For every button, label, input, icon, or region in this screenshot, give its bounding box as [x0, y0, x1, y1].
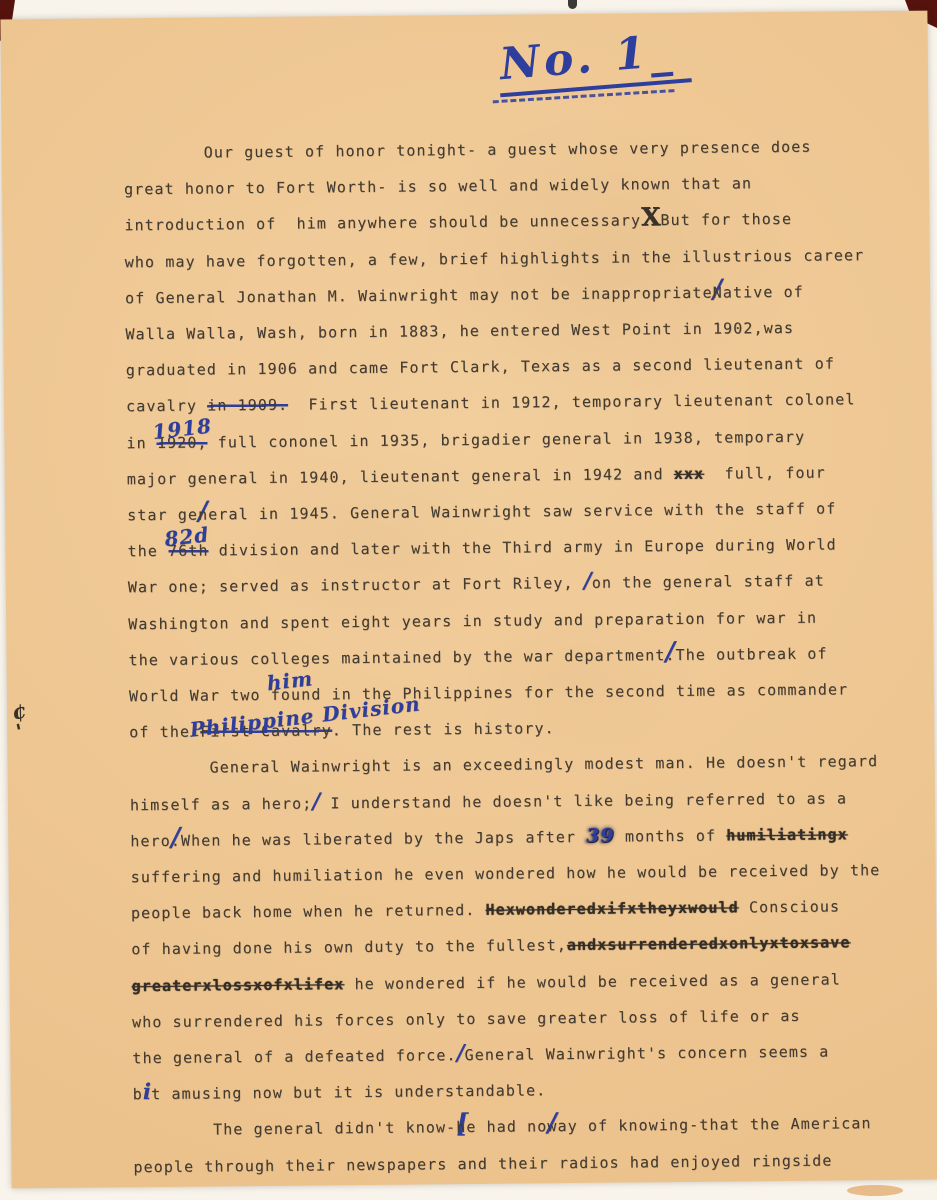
typed-text: .The outbreak of [665, 644, 827, 664]
typed-text: introduction of him anywhere should be u… [124, 212, 641, 235]
segment-text: b [133, 1085, 143, 1103]
segment-text: .When he was liberated by the Japs after [171, 828, 587, 850]
pencil-x-mark: X [641, 212, 661, 230]
typed-text: I understand he doesn't like being refer… [320, 789, 847, 812]
segment-text: of General Jonathan M. Wainwright may no… [125, 283, 713, 307]
segment-text: But for those [660, 210, 792, 229]
segment-text: Washington and spent eight years in stud… [128, 608, 817, 633]
segment-text: suffering and humiliation he even wonder… [131, 861, 881, 886]
ink-strikethrough-text: in 1909. [207, 396, 288, 415]
segment-text: introduction of him anywhere should be u… [124, 212, 641, 235]
typed-text: cavalry [126, 397, 207, 416]
segment-text: .The outbreak of [665, 644, 827, 664]
typed-text: full cononel in 1935, brigadier general … [207, 427, 805, 451]
segment-text: people back home when he returned. [131, 901, 486, 922]
typed-text: b [133, 1085, 143, 1103]
segment-text: / [584, 568, 592, 594]
segment-text: cavalry [126, 397, 207, 416]
typed-text: division and later with the Third army i… [208, 536, 836, 560]
typed-text: General Wainwright is an exceedingly mod… [210, 753, 879, 777]
segment-text: The general didn't know- [213, 1119, 456, 1139]
segment-text: way of knowing-that the American [547, 1115, 871, 1136]
segment-text: Conscious [739, 898, 840, 917]
segment-text: division and later with the Third army i… [208, 536, 836, 560]
ink-annotation: i [143, 1085, 152, 1103]
typed-text: hero [130, 832, 171, 850]
segment-text: andxsurrenderedxonlyxtoxsave [567, 934, 851, 955]
segment-text: star ge [127, 506, 198, 525]
typed-text: the general of a defeated force. [132, 1046, 456, 1067]
typed-text: Native of [713, 283, 804, 302]
typed-text: General Wainwright's concern seems a [465, 1043, 830, 1065]
scanned-document: No. 1_ ¢ ' Our guest of honor tonight- a… [0, 0, 937, 1200]
segment-text: full cononel in 1935, brigadier general … [207, 427, 805, 451]
page-number-text: No. 1_ [496, 24, 692, 97]
typed-xout-text: xxx [674, 465, 705, 483]
typed-text: himself as a hero; [130, 794, 313, 814]
typed-text-block: Our guest of honor tonight- a guest whos… [124, 128, 919, 1185]
typed-text: the various colleges maintained by the w… [128, 646, 665, 669]
typed-text: Walla Walla, Wash, born in 1883, he ente… [125, 319, 794, 343]
ink-strikethrough-text: 76th82d [168, 542, 209, 560]
segment-text: he wondered if he would be received as a… [344, 970, 841, 993]
segment-text: Our guest of honor tonight- a guest whos… [204, 138, 812, 162]
typed-text: foundhim [271, 685, 322, 703]
segment-text: War one; served as instructor at Fort Ri… [128, 574, 584, 596]
typed-text: major general in 1940, lieutenant genera… [127, 465, 674, 488]
typed-text: on the general staff at [592, 572, 825, 592]
typed-text: great honor to Fort Worth- is so well an… [124, 174, 752, 198]
typed-text: people back home when he returned. [131, 901, 486, 922]
segment-text: hero [130, 832, 171, 850]
segment-text: First lieutenant in 1912, temporary lieu… [288, 391, 855, 414]
typed-text: the [127, 542, 168, 560]
typed-text: Conscious [739, 898, 840, 917]
ink-strikethrough-text: 1920,1918 [157, 433, 208, 451]
segment-text: Walla Walla, Wash, born in 1883, he ente… [125, 319, 794, 343]
segment-text: who may have forgotten, a few, brief hig… [125, 246, 865, 271]
text-line: people through their newspapers and thei… [133, 1141, 918, 1185]
typed-text: t amusing now but it is understandable. [151, 1082, 546, 1104]
segment-text: himself as a hero; [130, 794, 313, 814]
segment-text: of having done his own duty to the fulle… [131, 937, 567, 959]
typed-text: full, four [704, 463, 826, 482]
segment-text: in 1909. [207, 396, 288, 415]
scan-smudge [847, 1185, 903, 1196]
segment-text: humiliatingx [726, 825, 848, 844]
scan-edge-artifact [568, 0, 577, 9]
segment-text: greaterxlossxofxlifex [132, 975, 345, 995]
ink-strikethrough-text: First CavalryPhilippine Division [200, 722, 332, 741]
typed-xout-text: greaterxlossxofxlifex [132, 975, 345, 995]
segment-text: months of [615, 826, 727, 845]
typed-text: World War two [129, 686, 271, 705]
ink-annotation: / [584, 574, 592, 592]
typed-xout-text: humiliatingx [726, 825, 848, 844]
segment-text: General Wainwright's concern seems a [465, 1043, 830, 1065]
segment-text: I understand he doesn't like being refer… [320, 789, 847, 812]
segment-text: great honor to Fort Worth- is so well an… [124, 174, 752, 198]
segment-text: World War two [129, 686, 271, 705]
typed-text: months of [615, 826, 727, 845]
typed-text: Our guest of honor tonight- a guest whos… [204, 138, 812, 162]
typed-text: .When he was liberated by the Japs after [171, 828, 587, 850]
typed-text: The general didn't know- [213, 1119, 456, 1139]
margin-mark: ¢ ' [10, 700, 33, 742]
typed-text: he had no [456, 1118, 547, 1137]
typed-text: he wondered if he would be received as a… [344, 970, 841, 993]
segment-text: the various colleges maintained by the w… [128, 646, 665, 669]
document-page: No. 1_ ¢ ' Our guest of honor tonight- a… [0, 11, 937, 1189]
segment-text: 39 [586, 824, 615, 846]
segment-text: the [127, 542, 168, 560]
segment-text: full, four [704, 463, 826, 482]
typed-text: who surrendered his forces only to save … [132, 1007, 801, 1031]
handwritten-page-number: No. 1_ [496, 24, 692, 97]
typed-text: star ge [127, 506, 198, 525]
typed-text: suffering and humiliation he even wonder… [131, 861, 881, 886]
typed-text: neral in 1945. General Wainwright saw se… [198, 500, 836, 524]
segment-text: i [143, 1079, 152, 1105]
typed-text: who may have forgotten, a few, brief hig… [125, 246, 865, 271]
typed-text: of General Jonathan M. Wainwright may no… [125, 283, 713, 307]
typed-text: War one; served as instructor at Fort Ri… [128, 574, 584, 596]
typed-text: Washington and spent eight years in stud… [128, 608, 817, 633]
typed-text: . The rest is history. [332, 719, 555, 739]
segment-text: he had no [456, 1118, 547, 1137]
typed-text: But for those [660, 210, 792, 229]
typed-xout-text: andxsurrenderedxonlyxtoxsave [567, 934, 851, 955]
segment-text: X [641, 203, 661, 232]
segment-text: General Wainwright is an exceedingly mod… [210, 753, 879, 777]
segment-text: t amusing now but it is understandable. [151, 1082, 546, 1104]
typed-text: graduated in 1906 and came Fort Clark, T… [126, 355, 835, 380]
typed-text: people through their newspapers and thei… [133, 1151, 832, 1176]
typed-xout-text: Hexwonderedxifxtheyxwould [485, 899, 738, 919]
segment-text: Hexwonderedxifxtheyxwould [485, 899, 738, 919]
typed-text: of having done his own duty to the fulle… [131, 937, 567, 959]
segment-text: the general of a defeated force. [132, 1046, 456, 1067]
typed-text: First lieutenant in 1912, temporary lieu… [288, 391, 855, 414]
segment-text: who surrendered his forces only to save … [132, 1007, 801, 1031]
segment-text: graduated in 1906 and came Fort Clark, T… [126, 355, 835, 380]
segment-text: Native of [713, 283, 804, 302]
typed-text: way of knowing-that the American [547, 1115, 871, 1136]
segment-text: on the general staff at [592, 572, 825, 592]
segment-text: . The rest is history. [332, 719, 555, 739]
segment-text: neral in 1945. General Wainwright saw se… [198, 500, 836, 524]
ink-correction-over-blot: 39 [586, 827, 615, 845]
segment-text: people through their newspapers and thei… [133, 1151, 832, 1176]
segment-text: xxx [674, 465, 705, 483]
segment-text: major general in 1940, lieutenant genera… [127, 465, 674, 488]
